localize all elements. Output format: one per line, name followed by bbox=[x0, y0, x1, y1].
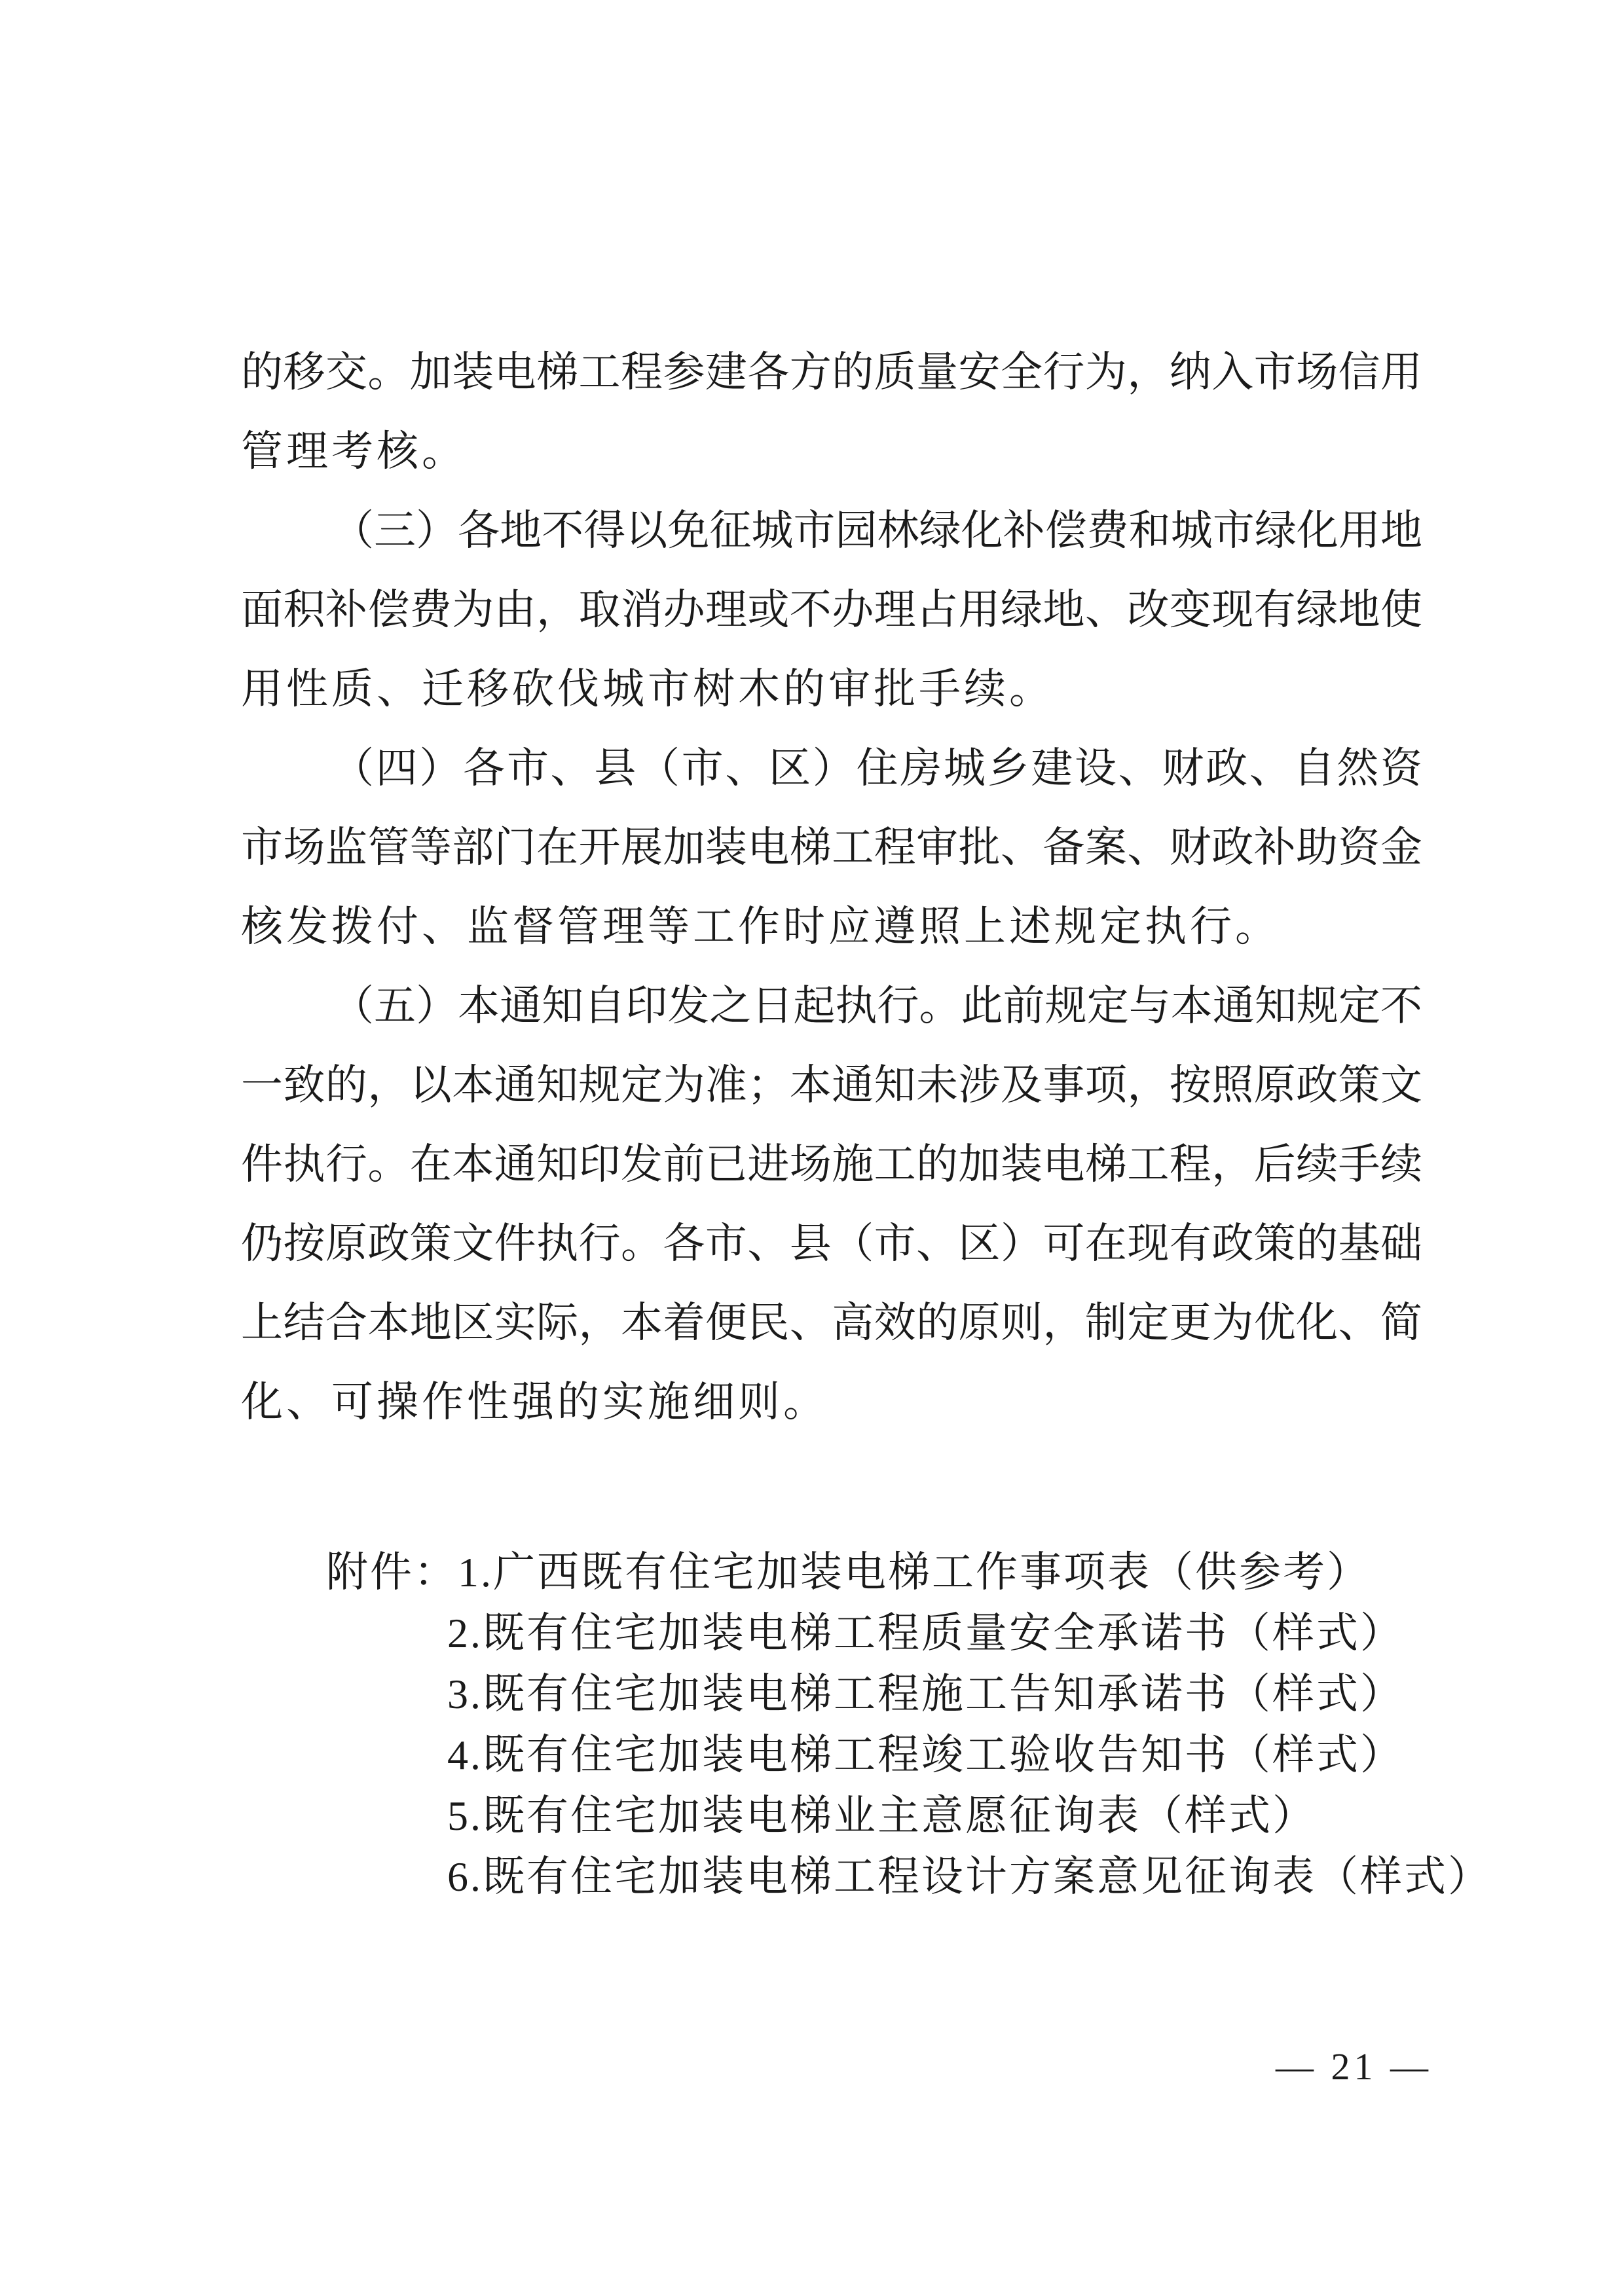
attachment-item: 3.既有住宅加装电梯工程施工告知承诺书（样式） bbox=[447, 1671, 1404, 1717]
attachment-item: 2.既有住宅加装电梯工程质量安全承诺书（样式） bbox=[447, 1610, 1404, 1656]
paragraph: 的移交。加装电梯工程参建各方的质量安全行为，纳入市场信用管理考核。 bbox=[241, 333, 1422, 491]
attachments-label: 附件： bbox=[326, 1549, 458, 1595]
paragraph: （五）本通知自印发之日起执行。此前规定与本通知规定不一致的，以本通知规定为准；本… bbox=[241, 966, 1422, 1442]
text-line: （四）各市、县（市、区）住房城乡建设、财政、自然资源、 bbox=[241, 729, 1422, 808]
attachment-line: 5.既有住宅加装电梯业主意愿征询表（样式） bbox=[241, 1785, 1422, 1846]
text-line: 核发拨付、监督管理等工作时应遵照上述规定执行。 bbox=[241, 887, 1422, 966]
document-body: 的移交。加装电梯工程参建各方的质量安全行为，纳入市场信用管理考核。（三）各地不得… bbox=[241, 333, 1422, 1442]
text-line: 仍按原政策文件执行。各市、县（市、区）可在现有政策的基础 bbox=[241, 1204, 1422, 1283]
text-line: 化、可操作性强的实施细则。 bbox=[241, 1362, 1422, 1442]
attachment-line: 2.既有住宅加装电梯工程质量安全承诺书（样式） bbox=[241, 1603, 1422, 1664]
attachment-line: 附件：1.广西既有住宅加装电梯工作事项表（供参考） bbox=[241, 1542, 1422, 1603]
text-line: （三）各地不得以免征城市园林绿化补偿费和城市绿化用地 bbox=[241, 491, 1422, 570]
text-line: 一致的，以本通知规定为准；本通知未涉及事项，按照原政策文 bbox=[241, 1046, 1422, 1125]
text-line: （五）本通知自印发之日起执行。此前规定与本通知规定不 bbox=[241, 966, 1422, 1046]
paragraph: （三）各地不得以免征城市园林绿化补偿费和城市绿化用地面积补偿费为由，取消办理或不… bbox=[241, 491, 1422, 729]
text-line: 用性质、迁移砍伐城市树木的审批手续。 bbox=[241, 649, 1422, 729]
text-line: 上结合本地区实际，本着便民、高效的原则，制定更为优化、简 bbox=[241, 1283, 1422, 1362]
text-line: 市场监管等部门在开展加装电梯工程审批、备案、财政补助资金 bbox=[241, 808, 1422, 887]
attachment-line: 4.既有住宅加装电梯工程竣工验收告知书（样式） bbox=[241, 1724, 1422, 1785]
text-line: 管理考核。 bbox=[241, 412, 1422, 491]
attachment-item: 1.广西既有住宅加装电梯工作事项表（供参考） bbox=[458, 1549, 1371, 1595]
attachment-item: 6.既有住宅加装电梯工程设计方案意见征询表（样式） bbox=[447, 1853, 1492, 1900]
paragraph: （四）各市、县（市、区）住房城乡建设、财政、自然资源、市场监管等部门在开展加装电… bbox=[241, 729, 1422, 966]
document-page: 的移交。加装电梯工程参建各方的质量安全行为，纳入市场信用管理考核。（三）各地不得… bbox=[0, 0, 1624, 2296]
attachment-line: 6.既有住宅加装电梯工程设计方案意见征询表（样式） bbox=[241, 1846, 1422, 1907]
text-line: 面积补偿费为由，取消办理或不办理占用绿地、改变现有绿地使 bbox=[241, 570, 1422, 649]
text-line: 件执行。在本通知印发前已进场施工的加装电梯工程，后续手续 bbox=[241, 1125, 1422, 1204]
page-number: — 21 — bbox=[1276, 2044, 1432, 2090]
attachment-item: 5.既有住宅加装电梯业主意愿征询表（样式） bbox=[447, 1793, 1316, 1839]
text-line: 的移交。加装电梯工程参建各方的质量安全行为，纳入市场信用 bbox=[241, 333, 1422, 412]
attachment-item: 4.既有住宅加装电梯工程竣工验收告知书（样式） bbox=[447, 1732, 1404, 1778]
attachment-line: 3.既有住宅加装电梯工程施工告知承诺书（样式） bbox=[241, 1664, 1422, 1724]
attachments-section: 附件：1.广西既有住宅加装电梯工作事项表（供参考）2.既有住宅加装电梯工程质量安… bbox=[241, 1542, 1422, 1907]
